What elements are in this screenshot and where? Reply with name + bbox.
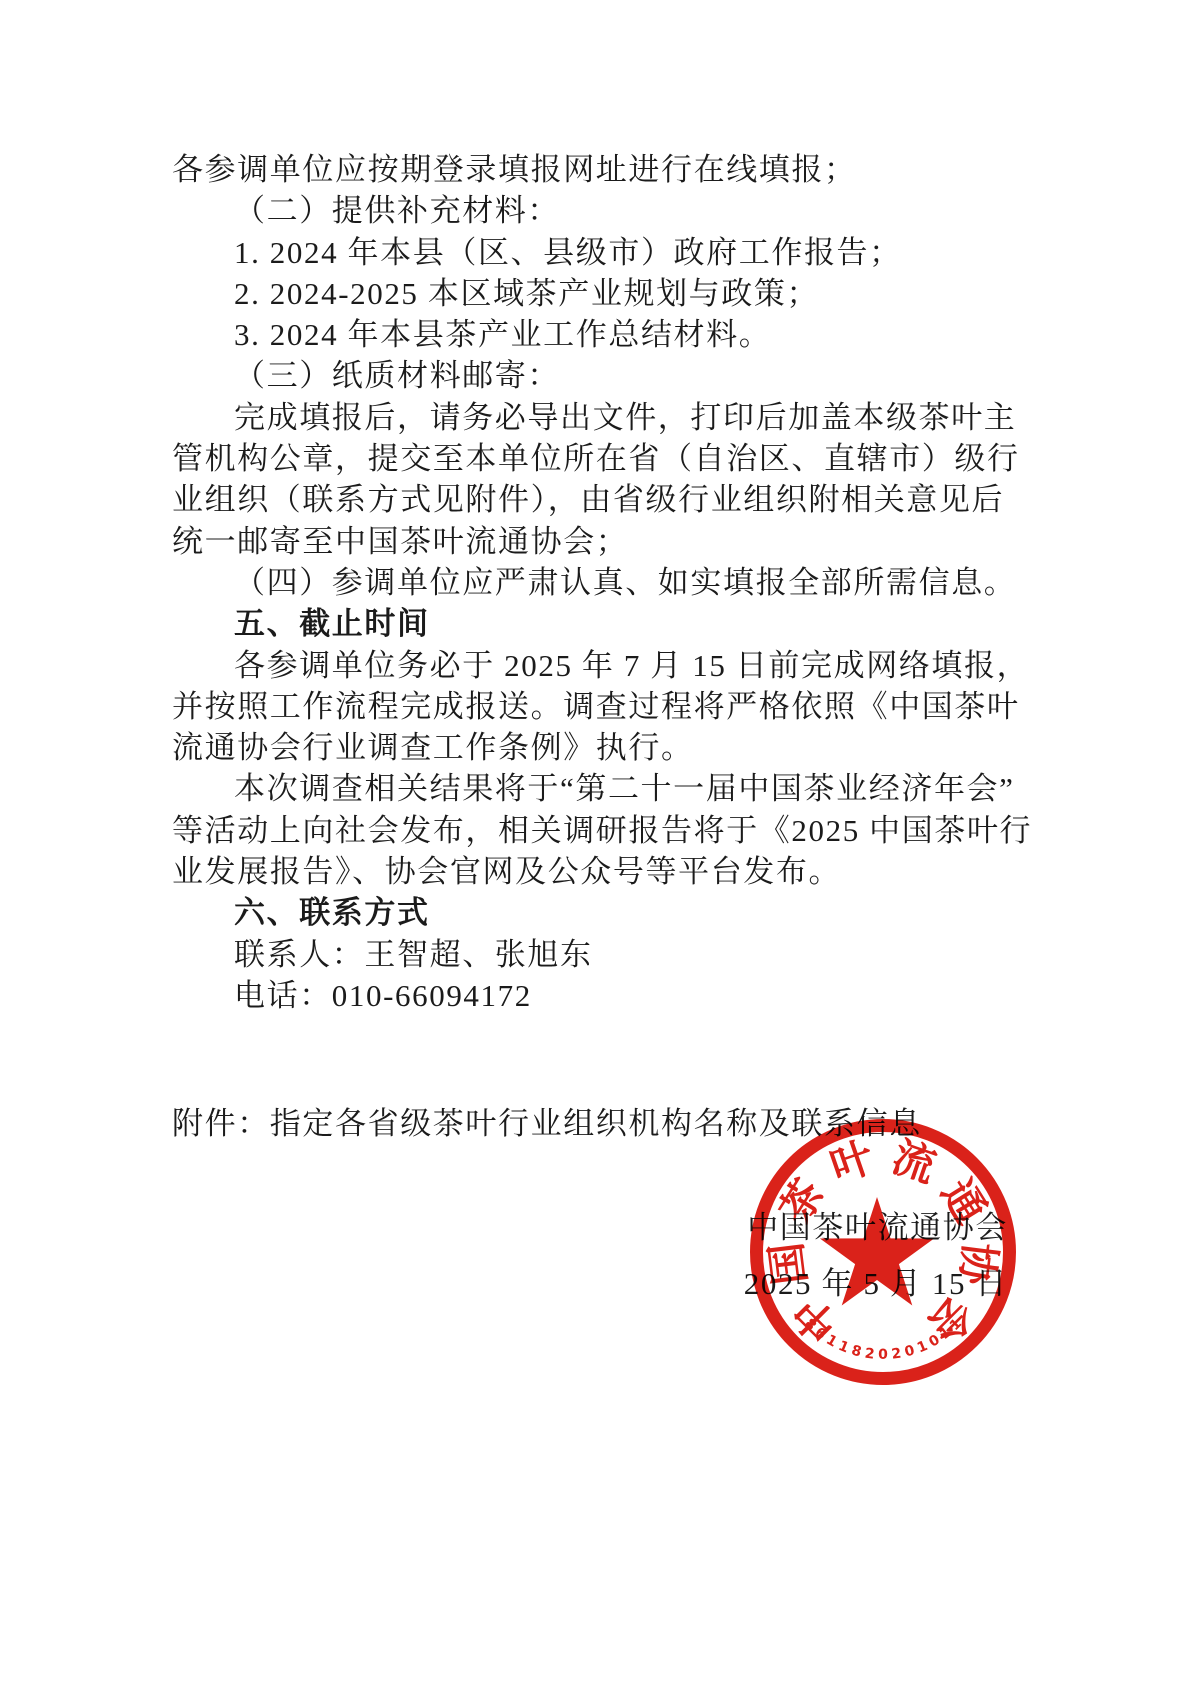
document-body: 各参调单位应按期登录填报网址进行在线填报； （二）提供补充材料： 1. 2024… (172, 149, 1032, 1016)
doc-line: 2. 2024-2025 本区域茶产业规划与政策； (172, 273, 1032, 314)
doc-line: （二）提供补充材料： (172, 190, 1032, 231)
doc-line: 1. 2024 年本县（区、县级市）政府工作报告； (172, 232, 1032, 273)
heading-contact-section: 六、联系方式 (172, 892, 1032, 933)
document-page: { "page": { "background": "#ffffff" }, "… (0, 0, 1190, 1683)
seal-serial-digit: 0 (878, 1348, 888, 1362)
doc-line: 各参调单位应按期登录填报网址进行在线填报； (172, 149, 1032, 190)
official-seal: 中 国 茶 叶 流 通 协 会 1 1 0 1 0 2 0 2 8 1 1 6 … (750, 1119, 1016, 1385)
contact-person-line: 联系人：王智超、张旭东 (172, 934, 1032, 975)
seal-serial-digit: 2 (864, 1347, 875, 1362)
doc-line: 管机构公章，提交至本单位所在省（自治区、直辖市）级行 (172, 438, 1032, 479)
doc-line: 流通协会行业调查工作条例》执行。 (172, 727, 1032, 768)
doc-line: （四）参调单位应严肃认真、如实填报全部所需信息。 (172, 562, 1032, 603)
doc-line: 业发展报告》、协会官网及公众号等平台发布。 (172, 851, 1032, 892)
doc-line: 等活动上向社会发布，相关调研报告将于《2025 中国茶叶行 (172, 810, 1032, 851)
doc-line: 并按照工作流程完成报送。调查过程将严格依照《中国茶叶 (172, 686, 1032, 727)
doc-line: 本次调查相关结果将于“第二十一届中国茶业经济年会” (172, 768, 1032, 809)
seal-ring-char: 国 (766, 1240, 813, 1287)
doc-line: 3. 2024 年本县茶产业工作总结材料。 (172, 314, 1032, 355)
doc-line: （三）纸质材料邮寄： (172, 355, 1032, 396)
doc-line: 各参调单位务必于 2025 年 7 月 15 日前完成网络填报， (172, 645, 1032, 686)
doc-line: 业组织（联系方式见附件），由省级行业组织附相关意见后 (172, 479, 1032, 520)
seal-ring-char: 协 (953, 1240, 1000, 1287)
phone-line: 电话：010-66094172 (172, 975, 1032, 1016)
seal-serial-digit: 2 (891, 1347, 902, 1362)
seal-star-icon (815, 1195, 939, 1319)
doc-line: 统一邮寄至中国茶叶流通协会； (172, 521, 1032, 562)
doc-line: 完成填报后，请务必导出文件，打印后加盖本级茶叶主 (172, 397, 1032, 438)
heading-deadline-section: 五、截止时间 (172, 603, 1032, 644)
